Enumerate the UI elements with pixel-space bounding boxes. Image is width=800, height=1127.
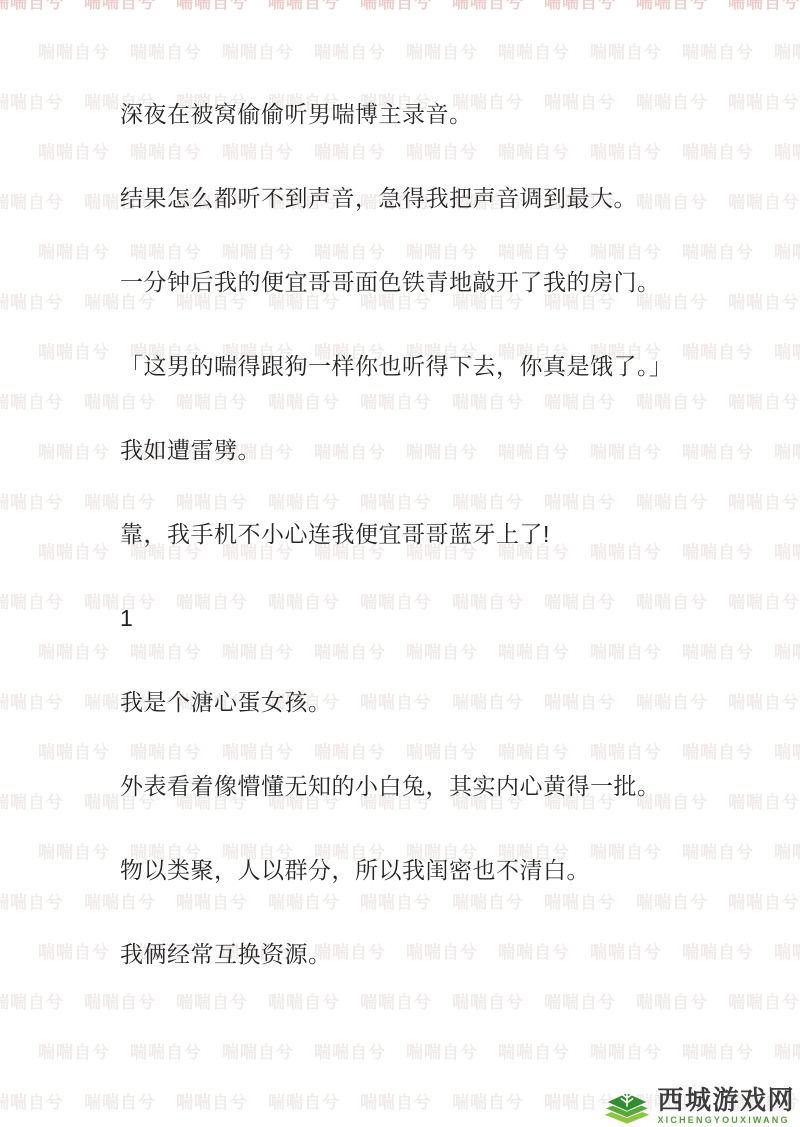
watermark-text: 喘喘自兮 bbox=[0, 1088, 64, 1113]
watermark-text: 喘喘自兮 bbox=[360, 988, 432, 1013]
watermark-text: 喘喘自兮 bbox=[636, 988, 708, 1013]
watermark-text: 喘喘自兮 bbox=[222, 1038, 294, 1063]
watermark-text: 喘喘自兮 bbox=[176, 1088, 248, 1113]
site-logo: 西城游戏网 XICHENGYOUXIWANG bbox=[603, 1085, 795, 1127]
story-paragraph: 结果怎么都听不到声音，急得我把声音调到最大。 bbox=[120, 182, 710, 214]
watermark-text: 喘喘自兮 bbox=[544, 988, 616, 1013]
site-logo-text: 西城游戏网 XICHENGYOUXIWANG bbox=[657, 1086, 795, 1127]
watermark-text: 喘喘自兮 bbox=[268, 988, 340, 1013]
story-paragraph: 一分钟后我的便宜哥哥面色铁青地敲开了我的房门。 bbox=[120, 266, 710, 298]
story-paragraph: 物以类聚，人以群分，所以我闺密也不清白。 bbox=[120, 854, 710, 886]
story-paragraph: 我如遭雷劈。 bbox=[120, 434, 710, 466]
story-paragraph: 我俩经常互换资源。 bbox=[120, 938, 710, 970]
watermark-text: 喘喘自兮 bbox=[130, 1038, 202, 1063]
story-content: 深夜在被窝偷偷听男喘博主录音。结果怎么都听不到声音，急得我把声音调到最大。一分钟… bbox=[0, 0, 800, 970]
watermark-text: 喘喘自兮 bbox=[268, 1088, 340, 1113]
watermark-text: 喘喘自兮 bbox=[84, 1088, 156, 1113]
watermark-text: 喘喘自兮 bbox=[452, 1088, 524, 1113]
story-paragraph: 我是个溏心蛋女孩。 bbox=[120, 686, 710, 718]
story-paragraph: 1 bbox=[120, 602, 710, 634]
watermark-text: 喘喘自兮 bbox=[314, 1038, 386, 1063]
wheat-layers-icon bbox=[603, 1085, 651, 1127]
watermark-text: 喘喘自兮 bbox=[0, 988, 64, 1013]
story-paragraph: 「这男的喘得跟狗一样你也听得下去，你真是饿了。」 bbox=[120, 350, 710, 382]
watermark-text: 喘喘自兮 bbox=[176, 988, 248, 1013]
site-name: 西城游戏网 bbox=[657, 1086, 795, 1114]
watermark-text: 喘喘自兮 bbox=[360, 1088, 432, 1113]
story-paragraph: 深夜在被窝偷偷听男喘博主录音。 bbox=[120, 98, 710, 130]
story-paragraph: 靠，我手机不小心连我便宜哥哥蓝牙上了! bbox=[120, 518, 710, 550]
watermark-text: 喘喘自兮 bbox=[682, 1038, 754, 1063]
watermark-text: 喘喘自兮 bbox=[38, 1038, 110, 1063]
watermark-text: 喘喘自兮 bbox=[406, 1038, 478, 1063]
site-name-en: XICHENGYOUXIWANG bbox=[657, 1115, 789, 1126]
story-paragraph: 外表看着像懵懂无知的小白兔，其实内心黄得一批。 bbox=[120, 770, 710, 802]
watermark-text: 喘喘自兮 bbox=[728, 988, 800, 1013]
watermark-text: 喘喘自兮 bbox=[590, 1038, 662, 1063]
watermark-text: 喘喘自兮 bbox=[774, 1038, 800, 1063]
watermark-text: 喘喘自兮 bbox=[84, 988, 156, 1013]
watermark-text: 喘喘自兮 bbox=[452, 988, 524, 1013]
watermark-text: 喘喘自兮 bbox=[498, 1038, 570, 1063]
